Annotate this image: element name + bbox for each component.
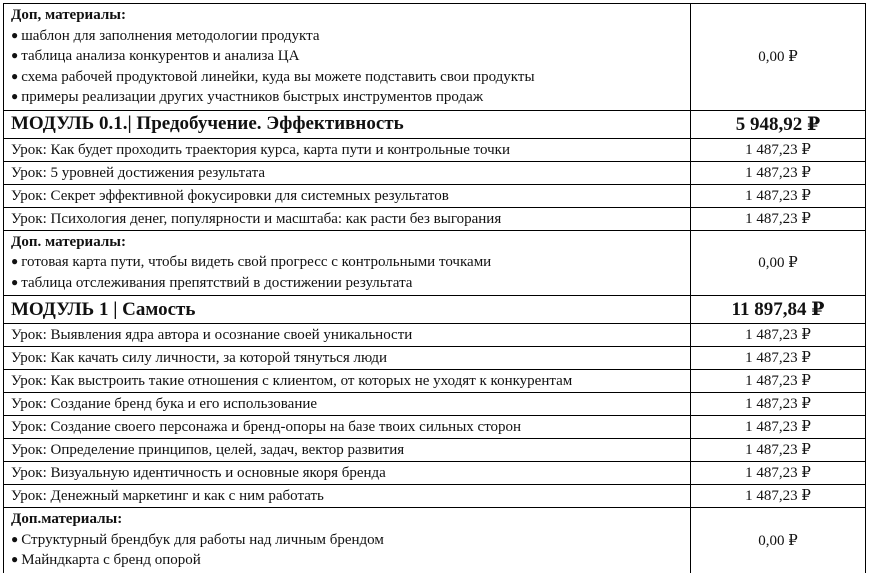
lesson-price: 1 487,23 ₽ <box>691 207 866 230</box>
lesson-title: Урок: 5 уровней достижения результата <box>11 165 265 181</box>
lesson-row: Урок: Создание бренд бука и его использо… <box>4 393 866 416</box>
lesson-row: Урок: Создание своего персонажа и бренд-… <box>4 416 866 439</box>
lesson-price: 1 487,23 ₽ <box>691 439 866 462</box>
lesson-title: Урок: Создание своего персонажа и бренд-… <box>11 419 521 435</box>
lesson-price: 1 487,23 ₽ <box>691 485 866 508</box>
module-price: 5 948,92 ₽ <box>691 110 866 138</box>
lesson-price: 1 487,23 ₽ <box>691 370 866 393</box>
lesson-price: 1 487,23 ₽ <box>691 138 866 161</box>
module-title: МОДУЛЬ 1 | Самость <box>11 299 195 320</box>
module-row: МОДУЛЬ 0.1.| Предобучение. Эффективность… <box>4 110 866 138</box>
materials-item-text: схема рабочей продуктовой линейки, куда … <box>21 69 534 85</box>
materials-title: Доп.материалы: <box>11 510 683 530</box>
lesson-description: Урок: Создание бренд бука и его использо… <box>4 393 691 416</box>
materials-item: ●Майндкарта с бренд опорой <box>11 550 683 571</box>
module-description: МОДУЛЬ 0.1.| Предобучение. Эффективность <box>4 110 691 138</box>
materials-description: Доп, материалы:●шаблон для заполнения ме… <box>4 4 691 111</box>
materials-item-text: Структурный брендбук для работы над личн… <box>21 532 384 548</box>
materials-row: Доп.материалы:●Структурный брендбук для … <box>4 508 866 573</box>
lesson-row: Урок: 5 уровней достижения результата1 4… <box>4 161 866 184</box>
lesson-title: Урок: Как выстроить такие отношения с кл… <box>11 373 572 389</box>
lesson-price: 1 487,23 ₽ <box>691 324 866 347</box>
lesson-description: Урок: Выявления ядра автора и осознание … <box>4 324 691 347</box>
materials-item: ●таблица анализа конкурентов и анализа Ц… <box>11 46 683 67</box>
lesson-price: 1 487,23 ₽ <box>691 416 866 439</box>
lesson-row: Урок: Выявления ядра автора и осознание … <box>4 324 866 347</box>
materials-item-text: готовая карта пути, чтобы видеть свой пр… <box>21 254 491 270</box>
bullet-icon: ● <box>11 254 18 268</box>
lesson-row: Урок: Как будет проходить траектория кур… <box>4 138 866 161</box>
materials-item: ●примеры реализации других участников бы… <box>11 87 683 108</box>
materials-description: Доп.материалы:●Структурный брендбук для … <box>4 508 691 573</box>
lesson-price: 1 487,23 ₽ <box>691 161 866 184</box>
lesson-price: 1 487,23 ₽ <box>691 347 866 370</box>
lesson-row: Урок: Как качать силу личности, за котор… <box>4 347 866 370</box>
lesson-description: Урок: Как будет проходить траектория кур… <box>4 138 691 161</box>
lesson-description: Урок: Создание своего персонажа и бренд-… <box>4 416 691 439</box>
lesson-row: Урок: Определение принципов, целей, зада… <box>4 439 866 462</box>
materials-item-text: Майндкарта с бренд опорой <box>21 552 201 568</box>
materials-item-text: таблица отслеживания препятствий в дости… <box>21 275 412 291</box>
materials-item: ●готовая карта пути, чтобы видеть свой п… <box>11 252 683 273</box>
lesson-title: Урок: Создание бренд бука и его использо… <box>11 396 317 412</box>
module-price: 11 897,84 ₽ <box>691 296 866 324</box>
materials-title: Доп. материалы: <box>11 233 683 253</box>
lesson-title: Урок: Визуальную идентичность и основные… <box>11 465 386 481</box>
bullet-icon: ● <box>11 532 18 546</box>
materials-item-text: примеры реализации других участников быс… <box>21 89 483 105</box>
lesson-title: Урок: Как качать силу личности, за котор… <box>11 350 387 366</box>
lesson-description: Урок: Как качать силу личности, за котор… <box>4 347 691 370</box>
materials-price: 0,00 ₽ <box>691 230 866 296</box>
bullet-icon: ● <box>11 552 18 566</box>
lesson-description: Урок: Визуальную идентичность и основные… <box>4 462 691 485</box>
module-title: МОДУЛЬ 0.1.| Предобучение. Эффективность <box>11 113 404 134</box>
lesson-title: Урок: Денежный маркетинг и как с ним раб… <box>11 488 324 504</box>
bullet-icon: ● <box>11 28 18 42</box>
lesson-price: 1 487,23 ₽ <box>691 462 866 485</box>
lesson-description: Урок: Как выстроить такие отношения с кл… <box>4 370 691 393</box>
lesson-description: Урок: 5 уровней достижения результата <box>4 161 691 184</box>
materials-title: Доп, материалы: <box>11 6 683 26</box>
price-table-body: Доп, материалы:●шаблон для заполнения ме… <box>4 4 866 573</box>
lesson-title: Урок: Определение принципов, целей, зада… <box>11 442 404 458</box>
materials-item: ●Структурный брендбук для работы над лич… <box>11 530 683 551</box>
materials-row: Доп. материалы:●готовая карта пути, чтоб… <box>4 230 866 296</box>
materials-item: ●таблица отслеживания препятствий в дост… <box>11 273 683 294</box>
materials-item-text: шаблон для заполнения методологии продук… <box>21 28 319 44</box>
materials-item: ●схема рабочей продуктовой линейки, куда… <box>11 67 683 88</box>
lesson-title: Урок: Выявления ядра автора и осознание … <box>11 327 412 343</box>
lesson-row: Урок: Визуальную идентичность и основные… <box>4 462 866 485</box>
course-price-table: Доп, материалы:●шаблон для заполнения ме… <box>3 3 866 573</box>
materials-item: ●шаблон для заполнения методологии проду… <box>11 26 683 47</box>
bullet-icon: ● <box>11 69 18 83</box>
lesson-row: Урок: Секрет эффективной фокусировки для… <box>4 184 866 207</box>
lesson-title: Урок: Психология денег, популярности и м… <box>11 211 501 227</box>
bullet-icon: ● <box>11 89 18 103</box>
lesson-row: Урок: Денежный маркетинг и как с ним раб… <box>4 485 866 508</box>
module-row: МОДУЛЬ 1 | Самость11 897,84 ₽ <box>4 296 866 324</box>
lesson-row: Урок: Психология денег, популярности и м… <box>4 207 866 230</box>
lesson-description: Урок: Денежный маркетинг и как с ним раб… <box>4 485 691 508</box>
materials-price: 0,00 ₽ <box>691 4 866 111</box>
module-description: МОДУЛЬ 1 | Самость <box>4 296 691 324</box>
lesson-title: Урок: Секрет эффективной фокусировки для… <box>11 188 449 204</box>
materials-row: Доп, материалы:●шаблон для заполнения ме… <box>4 4 866 111</box>
lesson-price: 1 487,23 ₽ <box>691 184 866 207</box>
lesson-row: Урок: Как выстроить такие отношения с кл… <box>4 370 866 393</box>
lesson-description: Урок: Определение принципов, целей, зада… <box>4 439 691 462</box>
lesson-description: Урок: Психология денег, популярности и м… <box>4 207 691 230</box>
lesson-price: 1 487,23 ₽ <box>691 393 866 416</box>
materials-description: Доп. материалы:●готовая карта пути, чтоб… <box>4 230 691 296</box>
bullet-icon: ● <box>11 48 18 62</box>
bullet-icon: ● <box>11 275 18 289</box>
materials-item-text: таблица анализа конкурентов и анализа ЦА <box>21 48 299 64</box>
lesson-title: Урок: Как будет проходить траектория кур… <box>11 142 510 158</box>
lesson-description: Урок: Секрет эффективной фокусировки для… <box>4 184 691 207</box>
materials-price: 0,00 ₽ <box>691 508 866 573</box>
